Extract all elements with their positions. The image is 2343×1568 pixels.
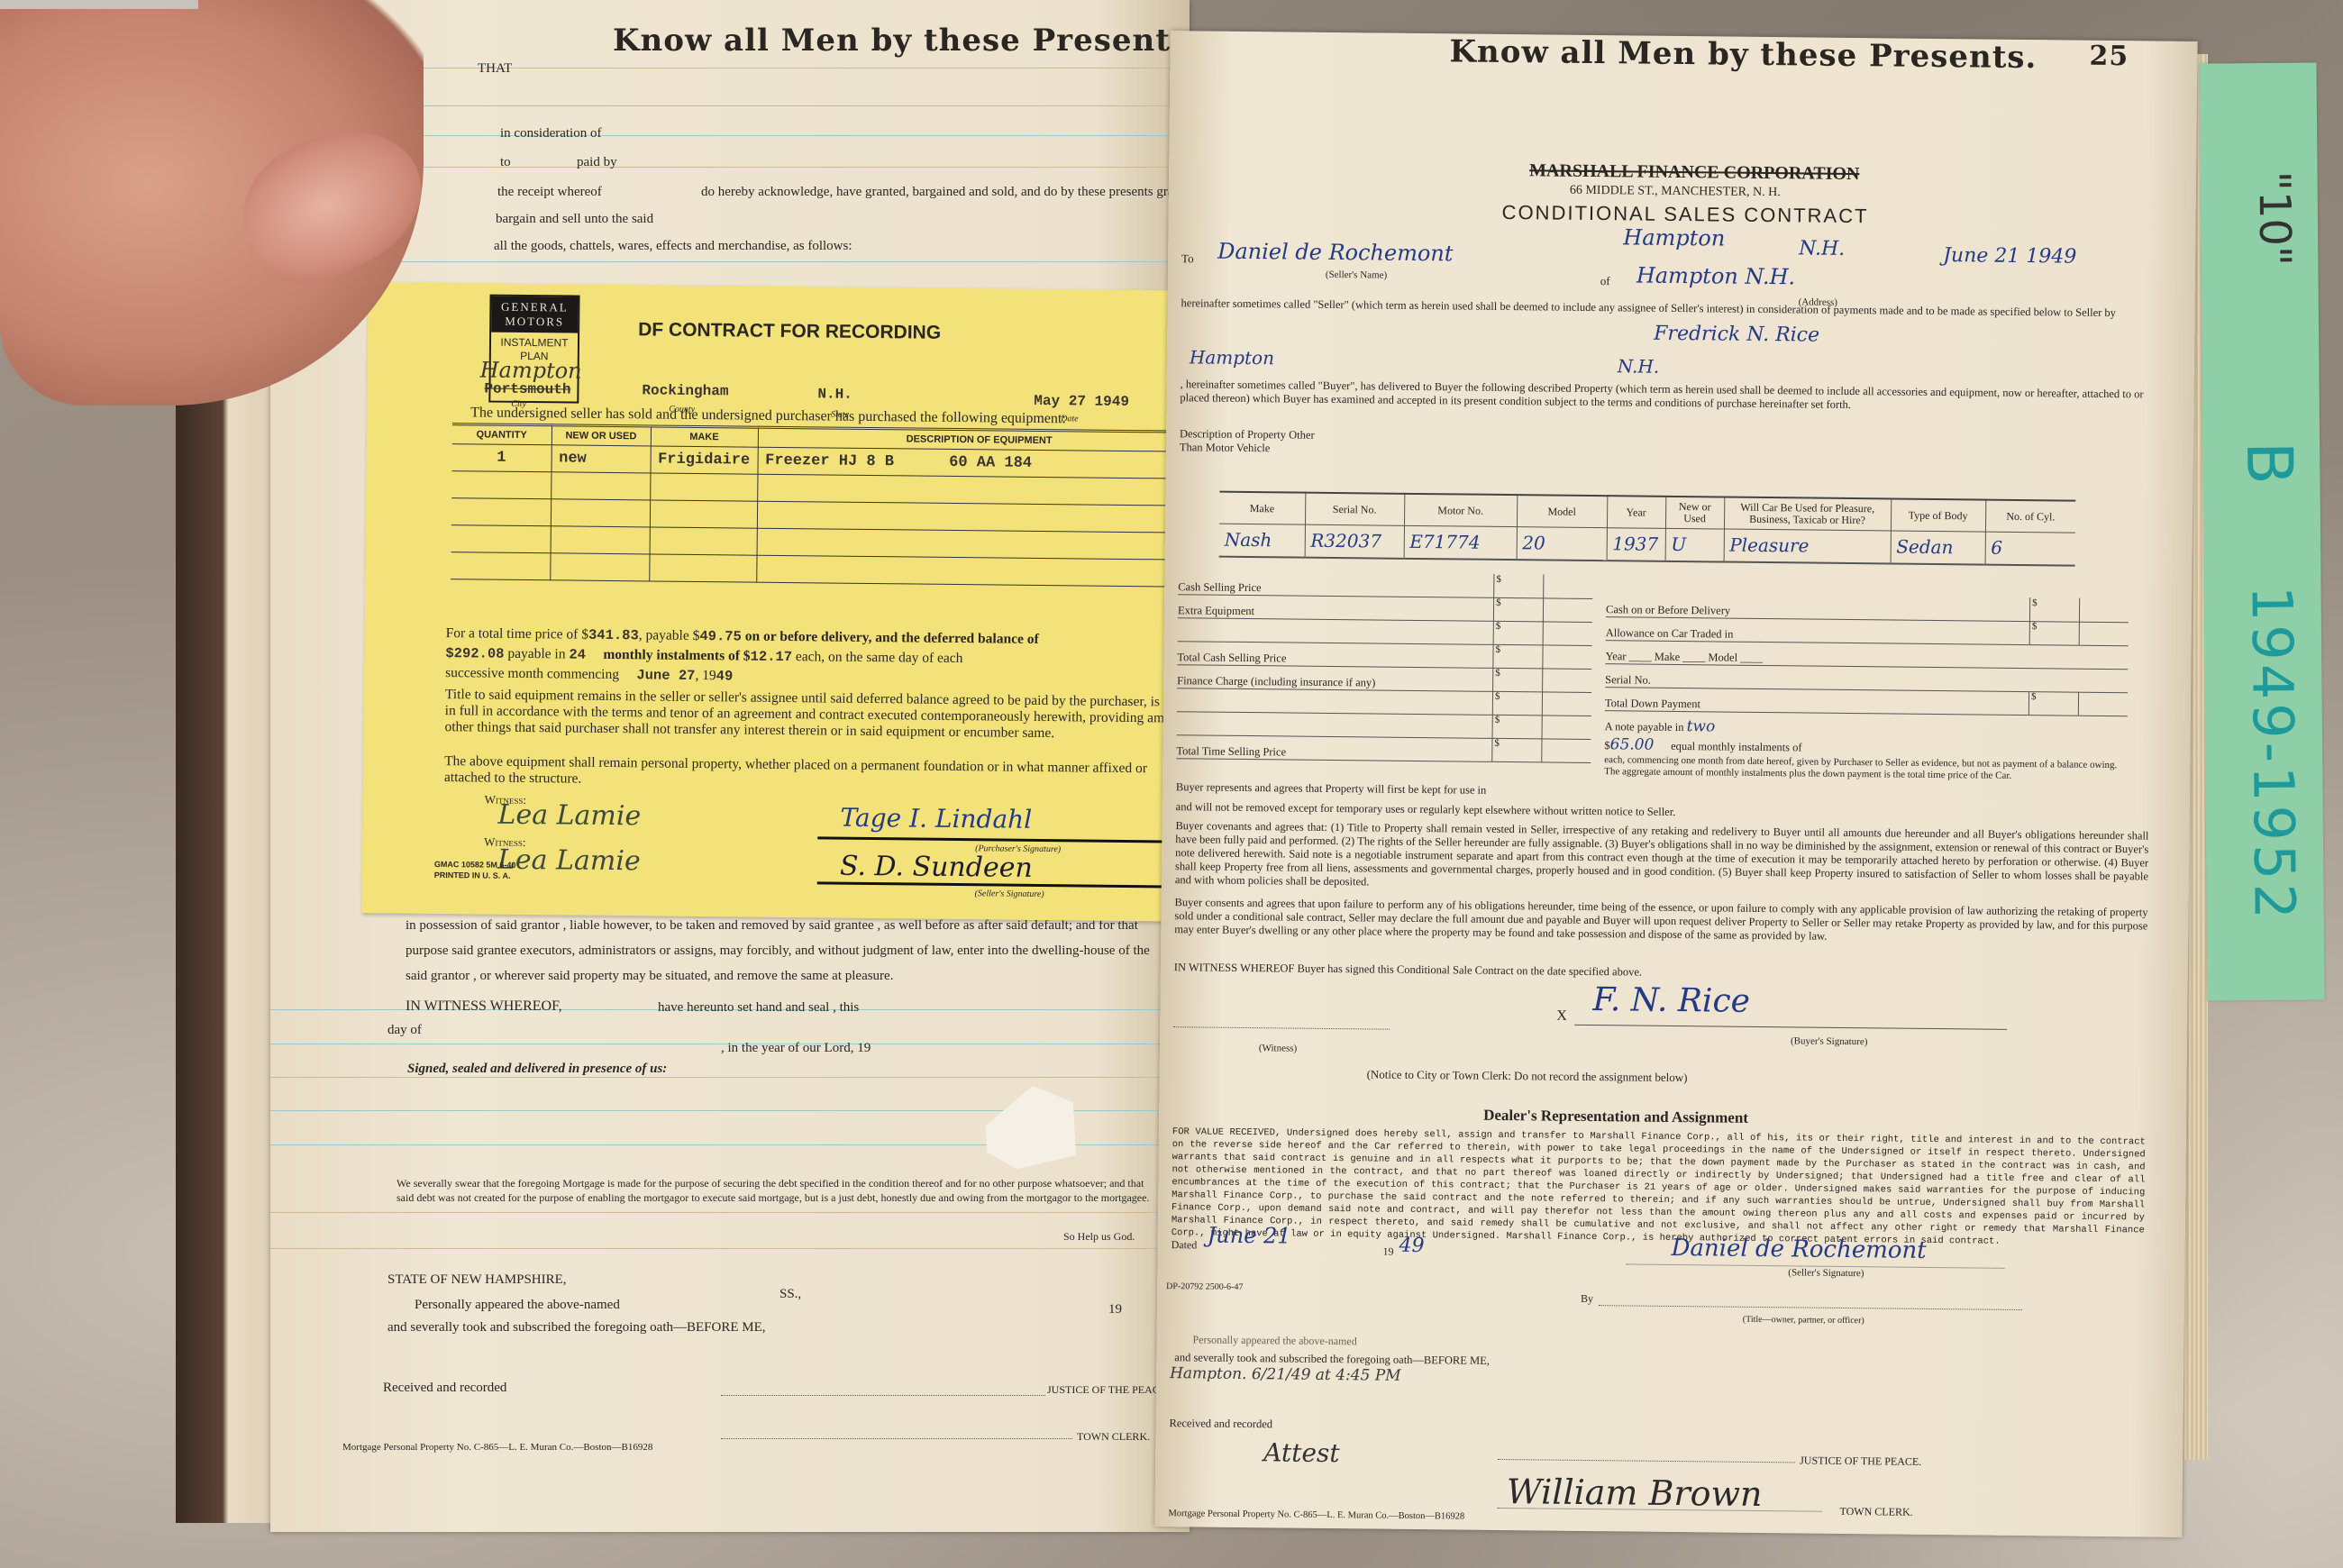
witness-whereof-rest: have hereunto set hand and seal , this xyxy=(658,1000,859,1016)
form-line: in consideration of xyxy=(500,126,601,141)
town-clerk-label: TOWN CLERK. xyxy=(1077,1430,1150,1444)
form-line: the receipt whereof xyxy=(497,185,602,200)
form-line: bargain and sell unto the said xyxy=(496,212,653,227)
clerk-notice: (Notice to City or Town Clerk: Do not re… xyxy=(1367,1067,1688,1085)
form-line: do hereby acknowledge, have granted, bar… xyxy=(701,185,1188,200)
num-instalments: 24 xyxy=(569,647,586,663)
seller-signature: S. D. Sundeen xyxy=(840,851,1033,884)
form-line: THAT xyxy=(478,61,512,77)
tab-mark: "10" xyxy=(2249,171,2301,267)
year-of-lord: , in the year of our Lord, 19 xyxy=(721,1041,871,1056)
buyer-signature: F. N. Rice xyxy=(1592,981,1750,1020)
received-recorded: Received and recorded xyxy=(383,1381,506,1396)
consents-paragraph: Buyer consents and agrees that upon fail… xyxy=(1174,896,2147,946)
witness-whereof: IN WITNESS WHEREOF, xyxy=(406,998,562,1015)
gm-contract-card: GENERAL MOTORS INSTALMENT PLAN DF CONTRA… xyxy=(361,282,1206,922)
card-title: DF CONTRACT FOR RECORDING xyxy=(638,319,941,344)
down-payment: 49.75 xyxy=(699,628,742,644)
severally-took: and severally took and subscribed the fo… xyxy=(387,1320,766,1336)
finance-right-block: Cash on or Before Delivery$ Allowance on… xyxy=(1604,594,2129,783)
witness-signature: Lea Lamie xyxy=(497,799,641,833)
payment-terms: For a total time price of $341.83, payab… xyxy=(445,624,1194,691)
date-value: May 27 1949 xyxy=(1034,393,1129,410)
description-label: Description of Property Other Than Motor… xyxy=(1180,427,1315,456)
print-code: GMAC 10582 5M 6-40 xyxy=(434,860,516,870)
right-page: Know all Men by these Presents. 25 MARSH… xyxy=(1154,31,2197,1537)
contract-date: June 21 1949 xyxy=(1943,244,2076,269)
property-clause: The above equipment shall remain persona… xyxy=(444,753,1192,794)
ss-label: SS., xyxy=(779,1287,801,1302)
dealer-title: Dealer's Representation and Assignment xyxy=(1483,1107,1748,1127)
year-19: 19 xyxy=(1108,1302,1122,1317)
covenants-paragraph: Buyer covenants and agrees that: (1) Tit… xyxy=(1175,819,2149,897)
county-value: Rockingham xyxy=(642,382,728,399)
form-code: DP-20792 2500-6-47 xyxy=(1166,1281,1243,1292)
justice-label: JUSTICE OF THE PEACE. xyxy=(1047,1383,1169,1397)
tab-letter: B xyxy=(2232,442,2306,486)
equipment-table: QUANTITY NEW OR USED MAKE DESCRIPTION OF… xyxy=(451,423,1200,588)
city-handwritten: Hampton xyxy=(480,357,582,383)
right-footer: Mortgage Personal Property No. C-865—L. … xyxy=(1168,1509,1464,1521)
tab-years: 1949-1952 xyxy=(2239,586,2308,924)
vehicle-table: Make Serial No. Motor No. Model Year New… xyxy=(1219,491,2076,566)
title-clause: Title to said equipment remains in the s… xyxy=(444,687,1193,743)
seller-name: Daniel de Rochemont xyxy=(1217,239,1454,267)
contract-city: Hampton xyxy=(1623,224,1725,251)
so-help: So Help us God. xyxy=(1063,1230,1135,1244)
recording-note: Hampton. 6/21/49 at 4:45 PM xyxy=(1170,1364,1404,1385)
buyer-clause: , hereinafter sometimes called "Buyer", … xyxy=(1180,378,2153,415)
signed-sealed: Signed, sealed and delivered in presence… xyxy=(407,1062,667,1077)
finance-left-block: Cash Selling Price$ Extra Equipment$ $ T… xyxy=(1176,571,1592,763)
dealer-signature: Daniel de Rochemont xyxy=(1671,1235,1926,1264)
contract-state: N.H. xyxy=(1799,237,1845,260)
buyer-state: N.H. xyxy=(1618,355,1660,377)
oath-paragraph: We severally swear that the foregoing Mo… xyxy=(397,1176,1162,1205)
personally-appeared: Personally appeared the above-named xyxy=(415,1298,620,1313)
state-label: STATE OF NEW HAMPSHIRE, xyxy=(387,1272,567,1288)
day-of: day of xyxy=(387,1023,422,1038)
page-heading: Know all Men by these Presents. xyxy=(613,23,1200,59)
dated-year: 49 xyxy=(1399,1235,1424,1257)
form-line: to xyxy=(500,155,511,170)
form-line: paid by xyxy=(577,155,617,170)
city-struck: Portsmouth xyxy=(484,381,570,398)
bracelet xyxy=(0,0,198,36)
state-value: N.H. xyxy=(817,386,852,402)
page-heading: Know all Men by these Presents. xyxy=(1449,33,2037,76)
index-tab[interactable]: "10" B 1949-1952 xyxy=(2199,62,2324,1000)
seller-clause: hereinafter sometimes called "Seller" (w… xyxy=(1181,290,2154,325)
buyer-name: Fredrick N. Rice xyxy=(1654,323,1819,347)
buyer-street: Hampton xyxy=(1190,346,1274,369)
dated-value: June 21 xyxy=(1208,1223,1291,1249)
total-time-price: 341.83 xyxy=(588,627,639,644)
deferred-balance: $292.08 xyxy=(445,645,504,662)
dealer-assignment-text: FOR VALUE RECEIVED, Undersigned does her… xyxy=(1171,1126,2146,1249)
note-count: two xyxy=(1687,717,1716,735)
note-amount: 65.00 xyxy=(1610,735,1655,754)
seller-address: Hampton N.H. xyxy=(1636,263,1795,290)
commencing-date: June 27 xyxy=(636,667,695,684)
instalment-amount: 12.17 xyxy=(750,649,792,665)
witness-signature: Lea Lamie xyxy=(497,844,641,878)
company-address: 66 MIDDLE ST., MANCHESTER, N. H. xyxy=(1570,184,1781,200)
form-title: CONDITIONAL SALES CONTRACT xyxy=(1501,201,1868,228)
page-number: 25 xyxy=(2089,41,2129,72)
form-line: all the goods, chattels, wares, effects … xyxy=(494,239,852,254)
company-name: MARSHALL FINANCE CORPORATION xyxy=(1529,160,1860,185)
attest-signature: Attest xyxy=(1263,1437,1340,1468)
purchaser-signature: Tage I. Lindahl xyxy=(840,803,1032,834)
left-footer: Mortgage Personal Property No. C-865—L. … xyxy=(342,1442,652,1453)
